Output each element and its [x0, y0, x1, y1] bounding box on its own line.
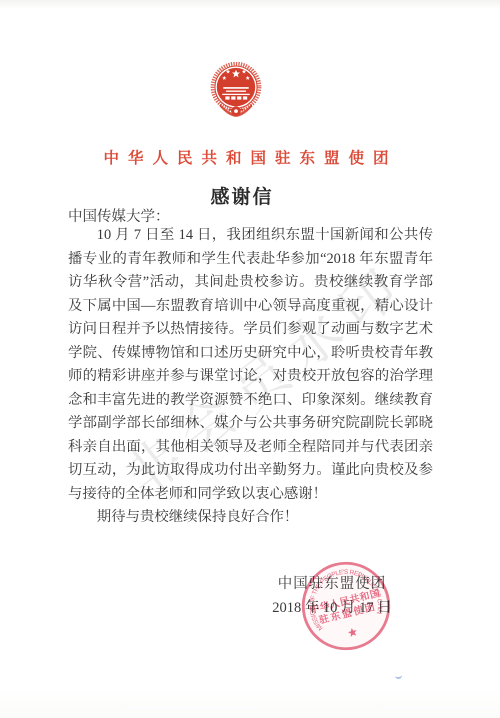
body-paragraph: 10 月 7 日至 14 日，我团组织东盟十国新闻和公共传播专业的青年教师和学生… — [68, 224, 433, 506]
org-name-heading: 中华人民共和国驻东盟使团 — [0, 146, 492, 168]
scanned-letter-page: 中华人民共和国驻东盟使团 感谢信 中国传媒大学： 10 月 7 日至 14 日，… — [0, 0, 500, 718]
letter-body: 10 月 7 日至 14 日，我团组织东盟十国新闻和公共传播专业的青年教师和学生… — [68, 224, 433, 530]
closing-paragraph: 期待与贵校继续保持良好合作！ — [68, 506, 433, 530]
scan-artifact — [395, 672, 403, 680]
prc-national-emblem-icon — [209, 62, 263, 126]
salutation: 中国传媒大学： — [68, 205, 448, 226]
official-seal: MISSION OF THE PEOPLE'S REPUBLIC OF CHIN… — [289, 549, 403, 663]
